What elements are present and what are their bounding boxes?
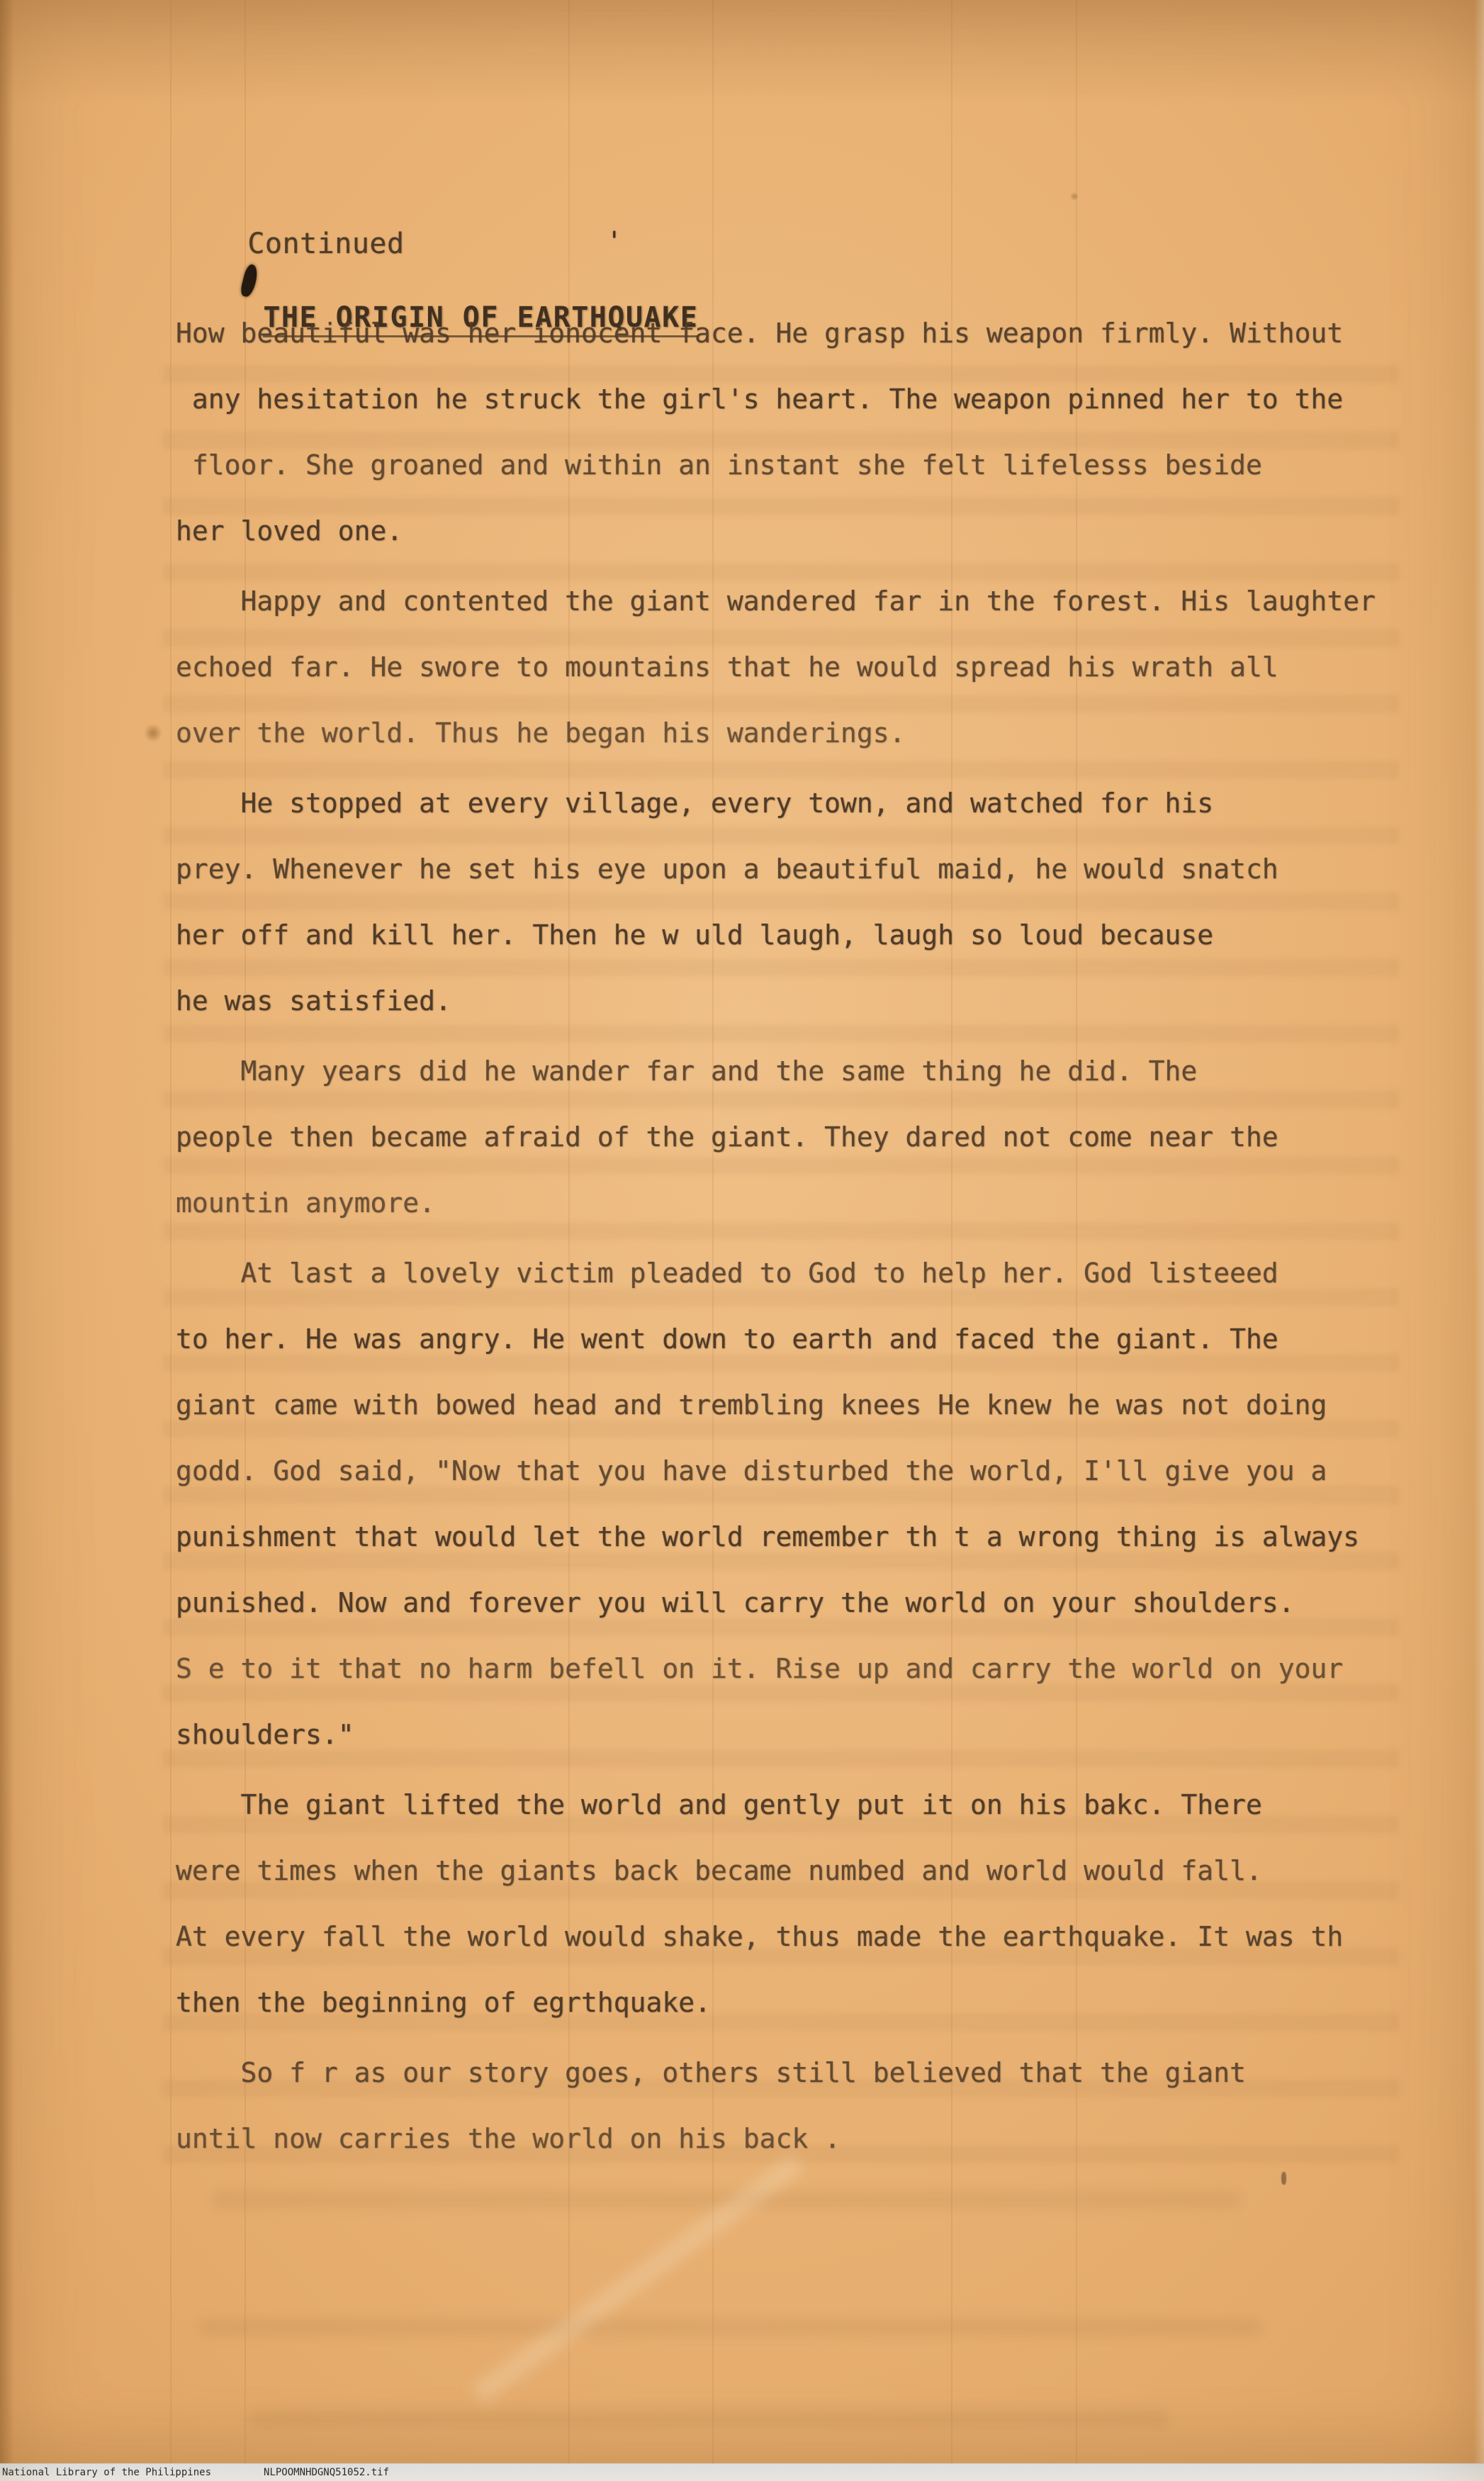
text-line: then the beginning of egrthquake. [176, 1970, 1423, 2036]
text-line: Many years did he wander far and the sam… [176, 1038, 1423, 1104]
ink-bleedthrough-texture [248, 2410, 1169, 2427]
text-line: godd. God said, "Now that you have distu… [176, 1438, 1423, 1504]
text-line: mountin anymore. [176, 1170, 1423, 1236]
text-line: He stopped at every village, every town,… [176, 771, 1423, 836]
footer-filename: NLPOOMNHDGNQ51052.tif [264, 2467, 389, 2478]
text-line: people then became afraid of the giant. … [176, 1104, 1423, 1170]
paper-fold-line [170, 0, 172, 2464]
text-line: her off and kill her. Then he w uld laug… [176, 902, 1423, 968]
text-line: until now carries the world on his back … [176, 2106, 1423, 2172]
ink-stain [1281, 2172, 1286, 2185]
document-body: How beautiful was her ionocent face. He … [176, 301, 1423, 2172]
text-line: S e to it that no harm befell on it. Ris… [176, 1636, 1423, 1702]
text-line: punished. Now and forever you will carry… [176, 1570, 1423, 1636]
text-line: At last a lovely victim pleaded to God t… [176, 1240, 1423, 1306]
text-line: her loved one. [176, 498, 1423, 564]
footer-library-label: National Library of the Philippines [2, 2467, 211, 2478]
title-prefix: Continued [247, 228, 404, 260]
ink-blot-icon [240, 264, 260, 298]
text-line: shoulders." [176, 1702, 1423, 1768]
text-line: punishment that would let the world reme… [176, 1504, 1423, 1570]
text-line: The giant lifted the world and gently pu… [176, 1772, 1423, 1838]
ink-stain [1070, 191, 1079, 201]
text-line: any hesitation he struck the girl's hear… [176, 366, 1423, 432]
scanner-footer-bar: National Library of the Philippines NLPO… [0, 2463, 1484, 2481]
text-line: So f r as our story goes, others still b… [176, 2040, 1423, 2106]
text-line: to her. He was angry. He went down to ea… [176, 1306, 1423, 1372]
text-line: he was satisfied. [176, 968, 1423, 1034]
scanned-typewritten-page: Continued THE ORIGIN OF EARTHQUAKE ' How… [0, 0, 1484, 2481]
text-line: over the world. Thus he began his wander… [176, 700, 1423, 766]
ink-bleedthrough-texture [198, 2318, 1261, 2336]
text-line: echoed far. He swore to mountains that h… [176, 634, 1423, 700]
ink-stain [145, 723, 162, 743]
text-line: were times when the giants back became n… [176, 1838, 1423, 1904]
text-line: How beautiful was her ionocent face. He … [176, 301, 1423, 366]
stray-typed-mark: ' [607, 227, 622, 256]
text-line: Happy and contented the giant wandered f… [176, 569, 1423, 634]
text-line: At every fall the world would shake, thu… [176, 1904, 1423, 1970]
text-line: prey. Whenever he set his eye upon a bea… [176, 836, 1423, 902]
text-line: giant came with bowed head and trembling… [176, 1372, 1423, 1438]
text-line: floor. She groaned and within an instant… [176, 432, 1423, 498]
